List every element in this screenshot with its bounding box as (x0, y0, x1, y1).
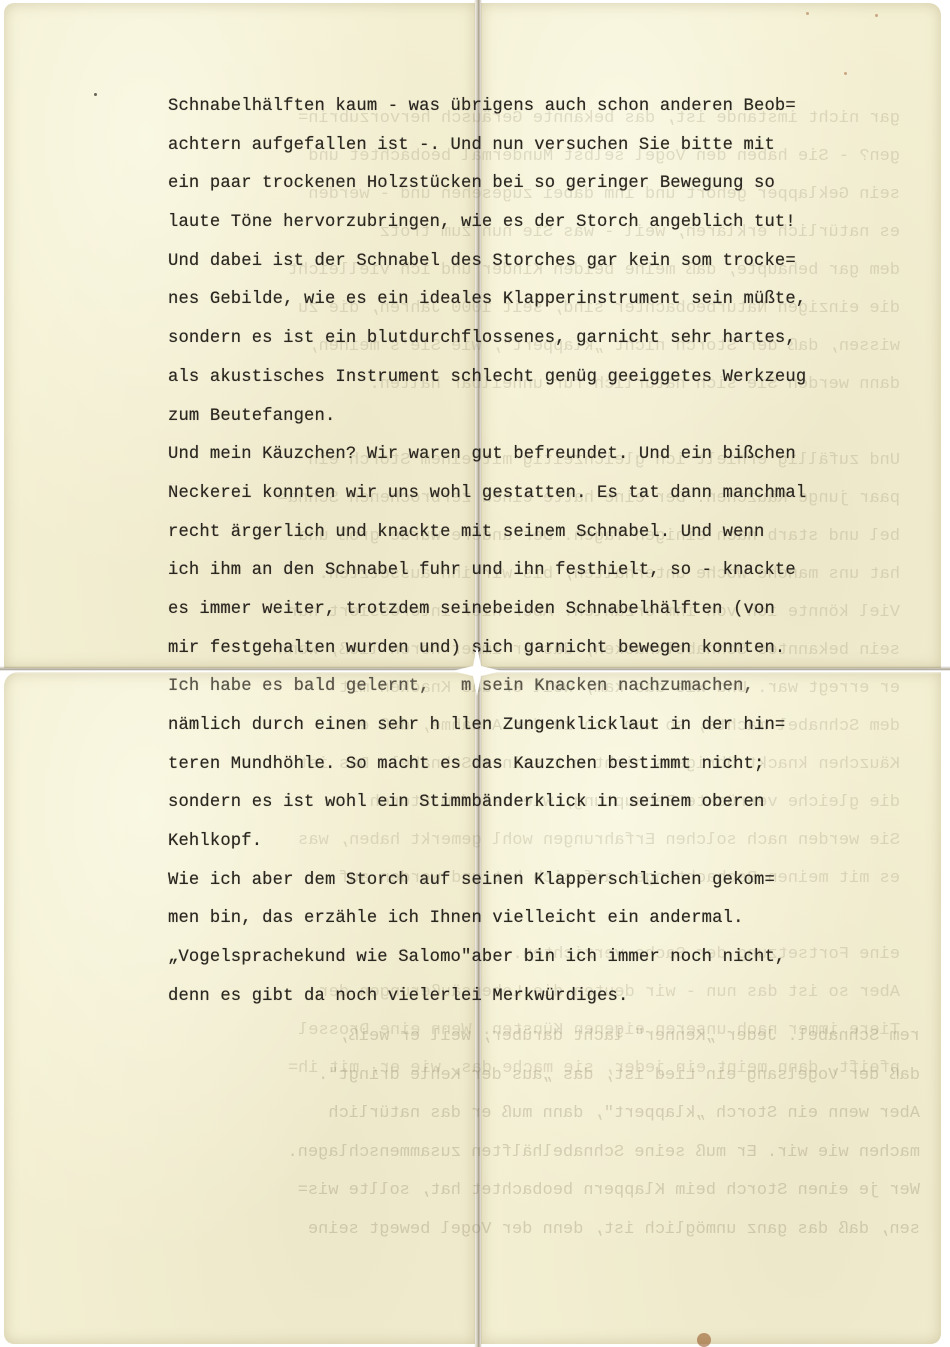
text-line: ein paar trockenen Holzstücken bei so ge… (168, 171, 888, 210)
text-line: recht ärgerlich und knackte mit seinem S… (168, 520, 888, 559)
text-line: als akustisches Instrument schlecht genü… (168, 365, 888, 404)
text-line: denn es gibt da noch vielerlei Merkwürdi… (168, 984, 888, 1023)
text-line: „Vogelsprachekund wie Salomo"aber bin ic… (168, 945, 888, 984)
text-line: laute Töne hervorzubringen, wie es der S… (168, 210, 888, 249)
text-line: nes Gebilde, wie es ein ideales Klapperi… (168, 287, 888, 326)
text-line: Und dabei ist der Schnabel des Storches … (168, 249, 888, 288)
text-line: Wie ich aber dem Storch auf seinen Klapp… (168, 868, 888, 907)
text-line: teren Mundhöhle. So macht es das Kauzche… (168, 752, 888, 791)
text-line: mir festgehalten wurden und) sich garnic… (168, 636, 888, 675)
text-line: Schnabelhälften kaum - was übrigens auch… (168, 94, 888, 133)
paper-speck (844, 72, 847, 75)
text-line: Neckerei konnten wir uns wohl gestatten.… (168, 481, 888, 520)
text-line: zum Beutefangen. (168, 404, 888, 443)
paper-speck (94, 93, 97, 96)
text-line: nämlich durch einen sehr h llen Zungenkl… (168, 713, 888, 752)
paper-speck (875, 14, 878, 17)
text-line: es immer weiter, trotzdem seinebeiden Sc… (168, 597, 888, 636)
text-line: men bin, das erzähle ich Ihnen vielleich… (168, 906, 888, 945)
text-line: achtern aufgefallen ist -. Und nun versu… (168, 133, 888, 172)
text-line: Kehlkopf. (168, 829, 888, 868)
bleed-through-text-lower: rem Schnabel. Jeder „Kenner" lacht darüb… (160, 1018, 920, 1249)
text-line: ich ihm an den Schnabel fuhr und ihn fes… (168, 558, 888, 597)
paper-stain (697, 1333, 711, 1347)
text-line: Ich habe es bald gelernt, m sein Knacken… (168, 674, 888, 713)
text-line: Und mein Käuzchen? Wir waren gut befreun… (168, 442, 888, 481)
scanned-letter-page: gar nicht imstande ist, das bekannte Ger… (0, 0, 950, 1347)
typewritten-body: Schnabelhälften kaum - was übrigens auch… (168, 94, 888, 1023)
paper-speck (806, 12, 809, 15)
text-line: sondern es ist wohl ein Stimmbänderklick… (168, 790, 888, 829)
text-line: sondern es ist ein blutdurchflossenes, g… (168, 326, 888, 365)
